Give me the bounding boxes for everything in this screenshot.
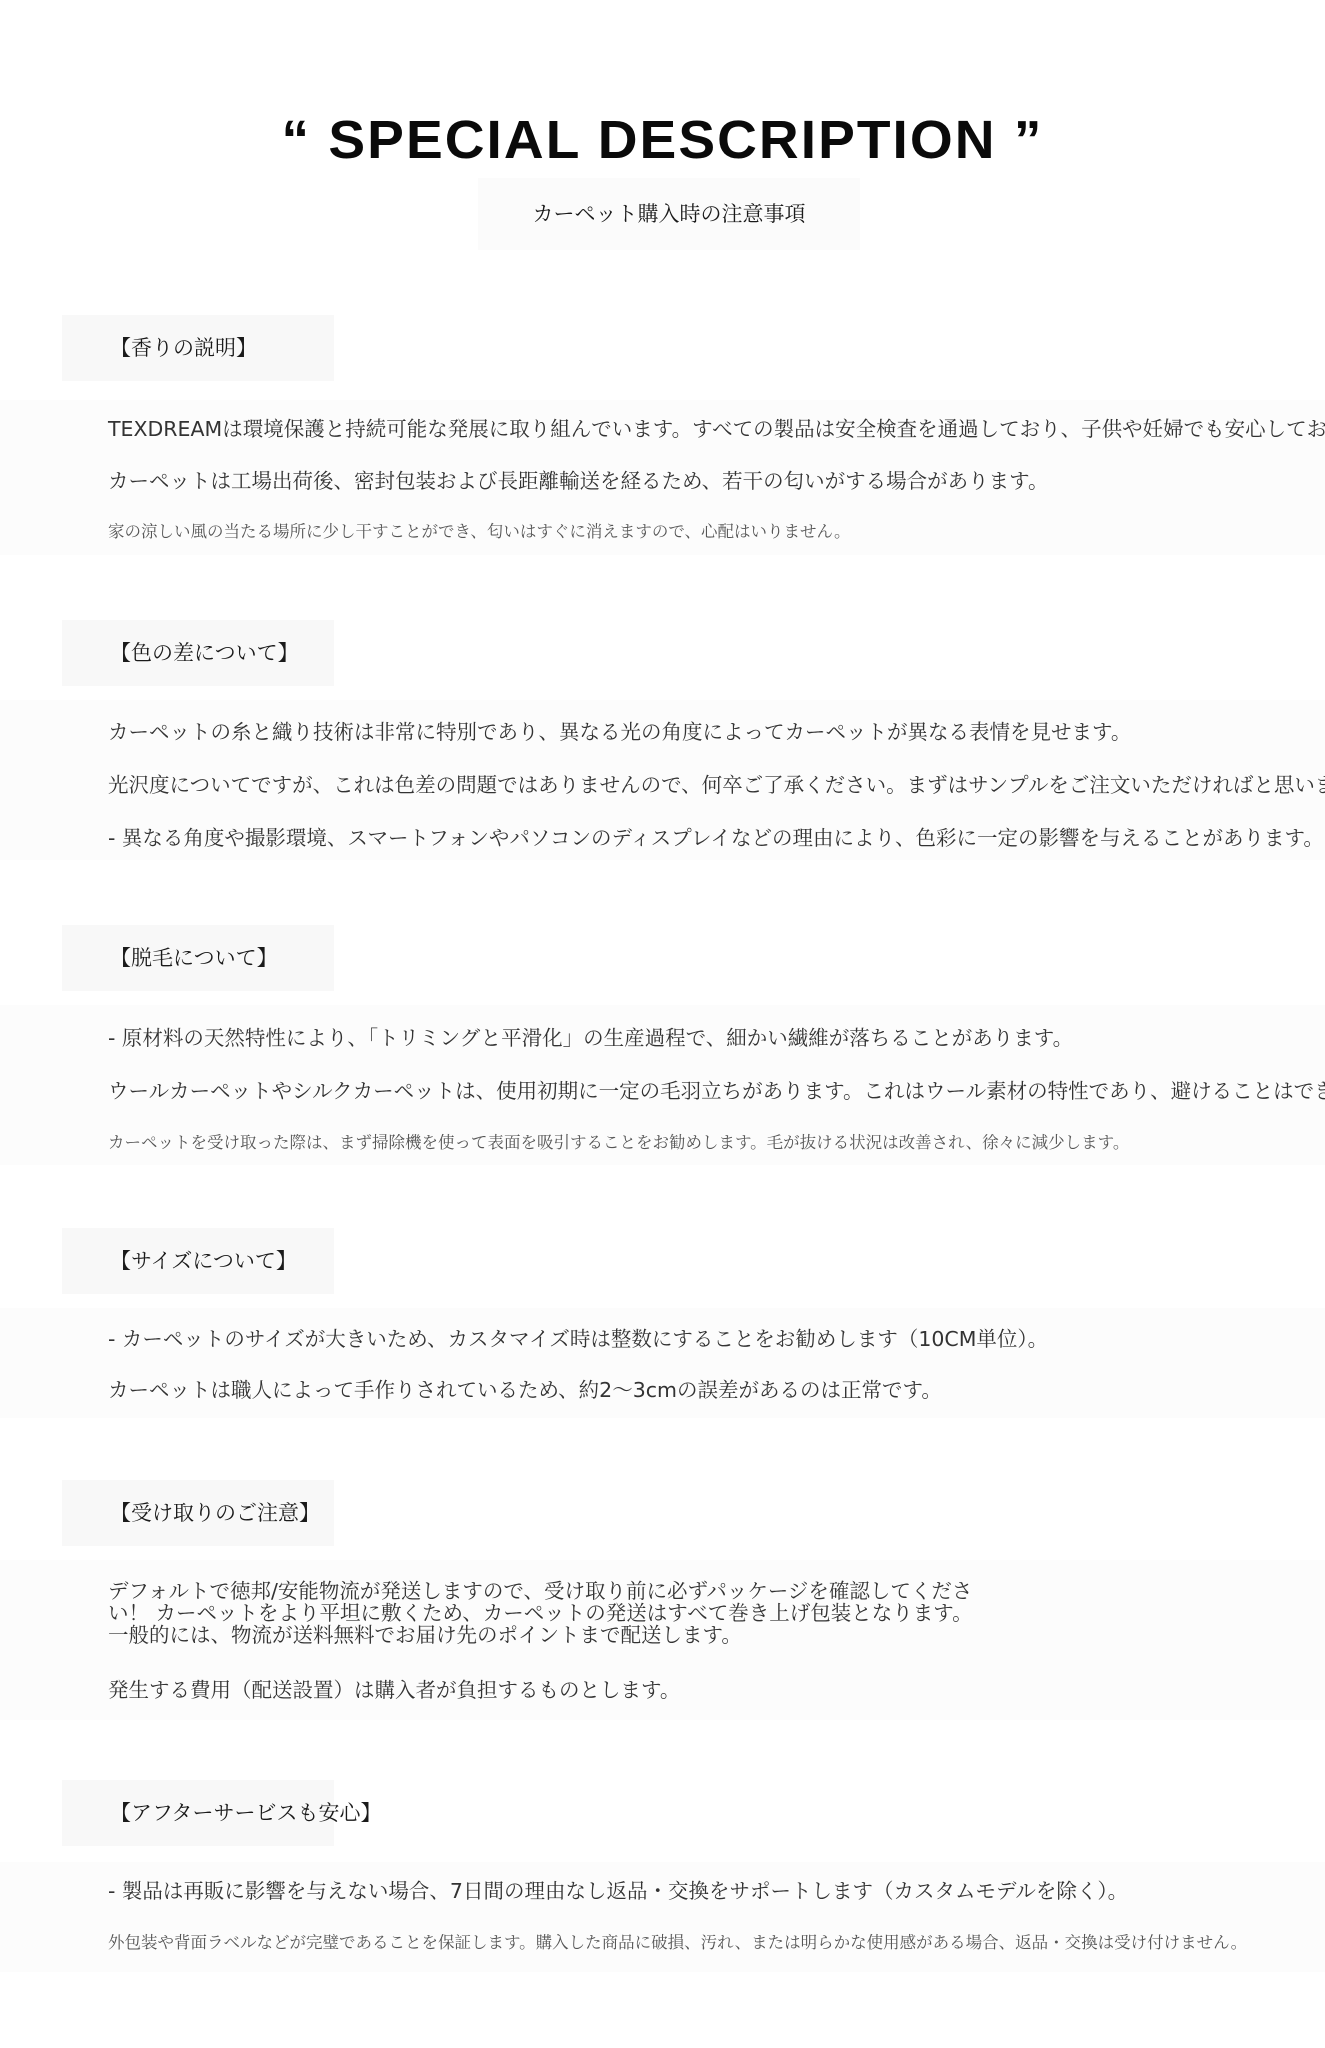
section-heading-text: 【脱毛について】 <box>110 925 278 991</box>
section-line: 家の涼しい風の当たる場所に少し干すことができ、匂いはすぐに消えますので、心配はい… <box>108 518 851 542</box>
section-line: カーペットは工場出荷後、密封包装および長距離輸送を経るため、若干の匂いがする場合… <box>108 464 1049 494</box>
section-line: カーペットの糸と織り技術は非常に特別であり、異なる光の角度によってカーペットが異… <box>108 715 1131 745</box>
section-heading-text: 【受け取りのご注意】 <box>110 1480 320 1546</box>
section-heading-text: 【香りの説明】 <box>110 315 257 381</box>
section-line: カーペットは職人によって手作りされているため、約2～3cmの誤差があるのは正常で… <box>108 1373 942 1403</box>
section-line: 発生する費用（配送設置）は購入者が負担するものとします。 <box>108 1673 680 1703</box>
section-heading-text: 【アフターサービスも安心】 <box>110 1780 382 1846</box>
section-line: 外包装や背面ラベルなどが完璧であることを保証します。購入した商品に破損、汚れ、ま… <box>108 1929 1247 1953</box>
section-line: TEXDREAMは環境保護と持続可能な発展に取り組んでいます。すべての製品は安全… <box>108 412 1325 442</box>
section-line: - カーペットのサイズが大きいため、カスタマイズ時は整数にすることをお勧めします… <box>108 1322 1048 1352</box>
section-heading-text: 【色の差について】 <box>110 620 299 686</box>
subtitle-box: カーペット購入時の注意事項 <box>478 178 860 250</box>
section-body-shedding: - 原材料の天然特性により、「トリミングと平滑化」の生産過程で、細かい繊維が落ち… <box>0 1005 1325 1165</box>
section-line: - 製品は再販に影響を与えない場合、7日間の理由なし返品・交換をサポートします（… <box>108 1874 1128 1904</box>
section-body-aftersales: - 製品は再販に影響を与えない場合、7日間の理由なし返品・交換をサポートします（… <box>0 1862 1325 1972</box>
section-body-color: カーペットの糸と織り技術は非常に特別であり、異なる光の角度によってカーペットが異… <box>0 700 1325 860</box>
section-line: - 異なる角度や撮影環境、スマートフォンやパソコンのディスプレイなどの理由により… <box>108 821 1324 851</box>
section-heading-text: 【サイズについて】 <box>110 1228 297 1294</box>
section-heading-color: 【色の差について】 <box>62 620 334 686</box>
page-subtitle: カーペット購入時の注意事項 <box>478 178 860 250</box>
section-body-scent: TEXDREAMは環境保護と持続可能な発展に取り組んでいます。すべての製品は安全… <box>0 400 1325 555</box>
section-line: デフォルトで徳邦/安能物流が発送しますので、受け取り前に必ずパッケージを確認して… <box>108 1580 972 1602</box>
page-title: “ SPECIAL DESCRIPTION ” <box>0 100 1325 180</box>
section-heading-size: 【サイズについて】 <box>62 1228 334 1294</box>
section-heading-scent: 【香りの説明】 <box>62 315 334 381</box>
section-line: ウールカーペットやシルクカーペットは、使用初期に一定の毛羽立ちがあります。これは… <box>108 1074 1325 1104</box>
section-heading-aftersales: 【アフターサービスも安心】 <box>62 1780 334 1846</box>
section-line: - 原材料の天然特性により、「トリミングと平滑化」の生産過程で、細かい繊維が落ち… <box>108 1021 1073 1051</box>
section-line: 光沢度についてですが、これは色差の問題ではありませんので、何卒ご了承ください。ま… <box>108 768 1325 798</box>
section-body-receiving: デフォルトで徳邦/安能物流が発送しますので、受け取り前に必ずパッケージを確認して… <box>0 1560 1325 1720</box>
section-heading-shedding: 【脱毛について】 <box>62 925 334 991</box>
section-heading-receiving: 【受け取りのご注意】 <box>62 1480 334 1546</box>
section-line: い！ カーペットをより平坦に敷くため、カーペットの発送はすべて巻き上げ包装となり… <box>108 1602 973 1624</box>
section-line: カーペットを受け取った際は、まず掃除機を使って表面を吸引することをお勧めします。… <box>108 1129 1129 1153</box>
section-body-size: - カーペットのサイズが大きいため、カスタマイズ時は整数にすることをお勧めします… <box>0 1308 1325 1418</box>
section-line: 一般的には、物流が送料無料でお届け先のポイントまで配送します。 <box>108 1624 742 1646</box>
